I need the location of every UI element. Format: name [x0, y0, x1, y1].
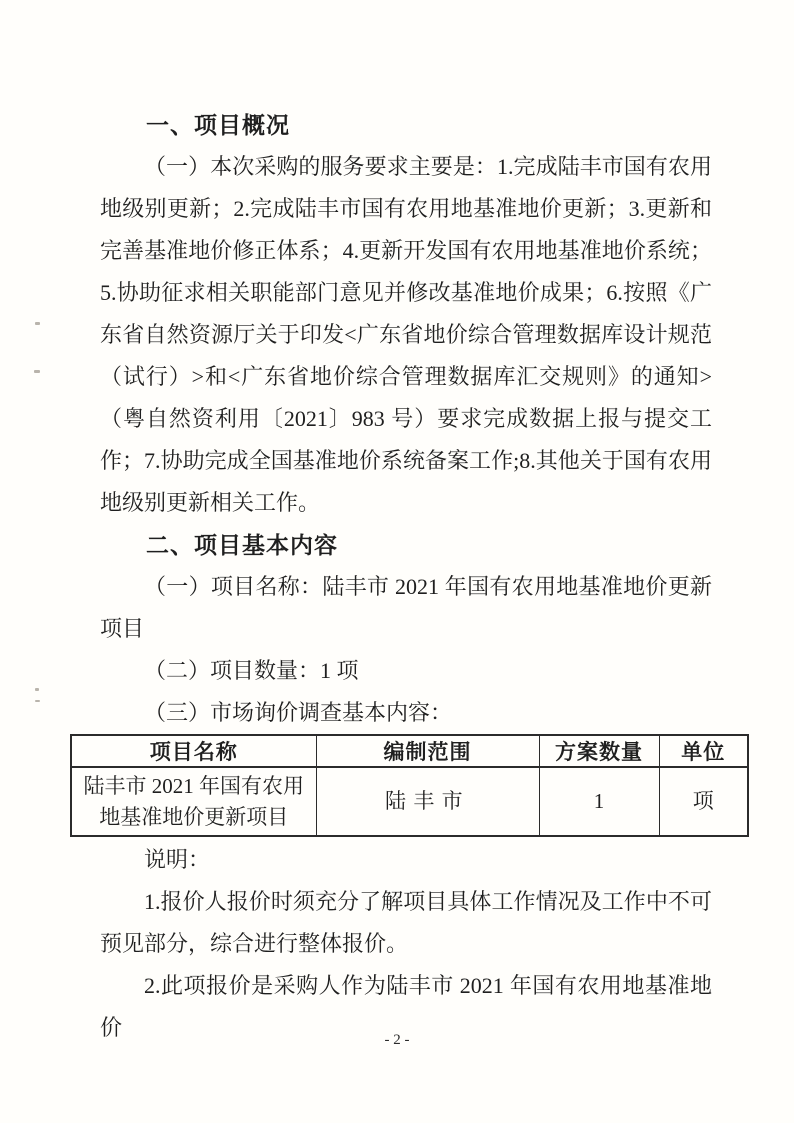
table-header-compilation-scope: 编制范围 [316, 735, 539, 767]
cell-project-name: 陆丰市 2021 年国有农用地基准地价更新项目 [71, 767, 316, 836]
cell-unit: 项 [659, 767, 748, 836]
paragraph-inquiry-content: （三）市场询价调查基本内容： [100, 692, 712, 734]
table-header-plan-quantity: 方案数量 [539, 735, 659, 767]
notes-label: 说明： [100, 839, 712, 881]
table-header-row: 项目名称 编制范围 方案数量 单位 [71, 735, 748, 767]
scan-speck [34, 370, 40, 373]
section-2-heading: 二、项目基本内容 [100, 524, 712, 566]
table-header-unit: 单位 [659, 735, 748, 767]
paragraph-project-quantity: （二）项目数量：1 项 [100, 650, 712, 692]
table-header-project-name: 项目名称 [71, 735, 316, 767]
document-page: 一、项目概况 （一）本次采购的服务要求主要是：1.完成陆丰市国有农用地级别更新；… [0, 0, 794, 1123]
page-content: 一、项目概况 （一）本次采购的服务要求主要是：1.完成陆丰市国有农用地级别更新；… [100, 104, 712, 1049]
page-number: - 2 - [0, 1030, 794, 1050]
section-1-heading: 一、项目概况 [100, 104, 712, 146]
cell-plan-quantity: 1 [539, 767, 659, 836]
scan-speck [35, 688, 39, 691]
inquiry-table: 项目名称 编制范围 方案数量 单位 陆丰市 2021 年国有农用地基准地价更新项… [70, 734, 749, 837]
scan-speck [35, 322, 40, 325]
section-1-paragraph-service-requirements: （一）本次采购的服务要求主要是：1.完成陆丰市国有农用地级别更新；2.完成陆丰市… [100, 146, 712, 524]
scan-speck [35, 700, 40, 702]
cell-compilation-scope: 陆丰市 [316, 767, 539, 836]
paragraph-project-name: （一）项目名称：陆丰市 2021 年国有农用地基准地价更新项目 [100, 566, 712, 650]
note-item-1: 1.报价人报价时须充分了解项目具体工作情况及工作中不可预见部分，综合进行整体报价… [100, 881, 712, 965]
table-row: 陆丰市 2021 年国有农用地基准地价更新项目 陆丰市 1 项 [71, 767, 748, 836]
